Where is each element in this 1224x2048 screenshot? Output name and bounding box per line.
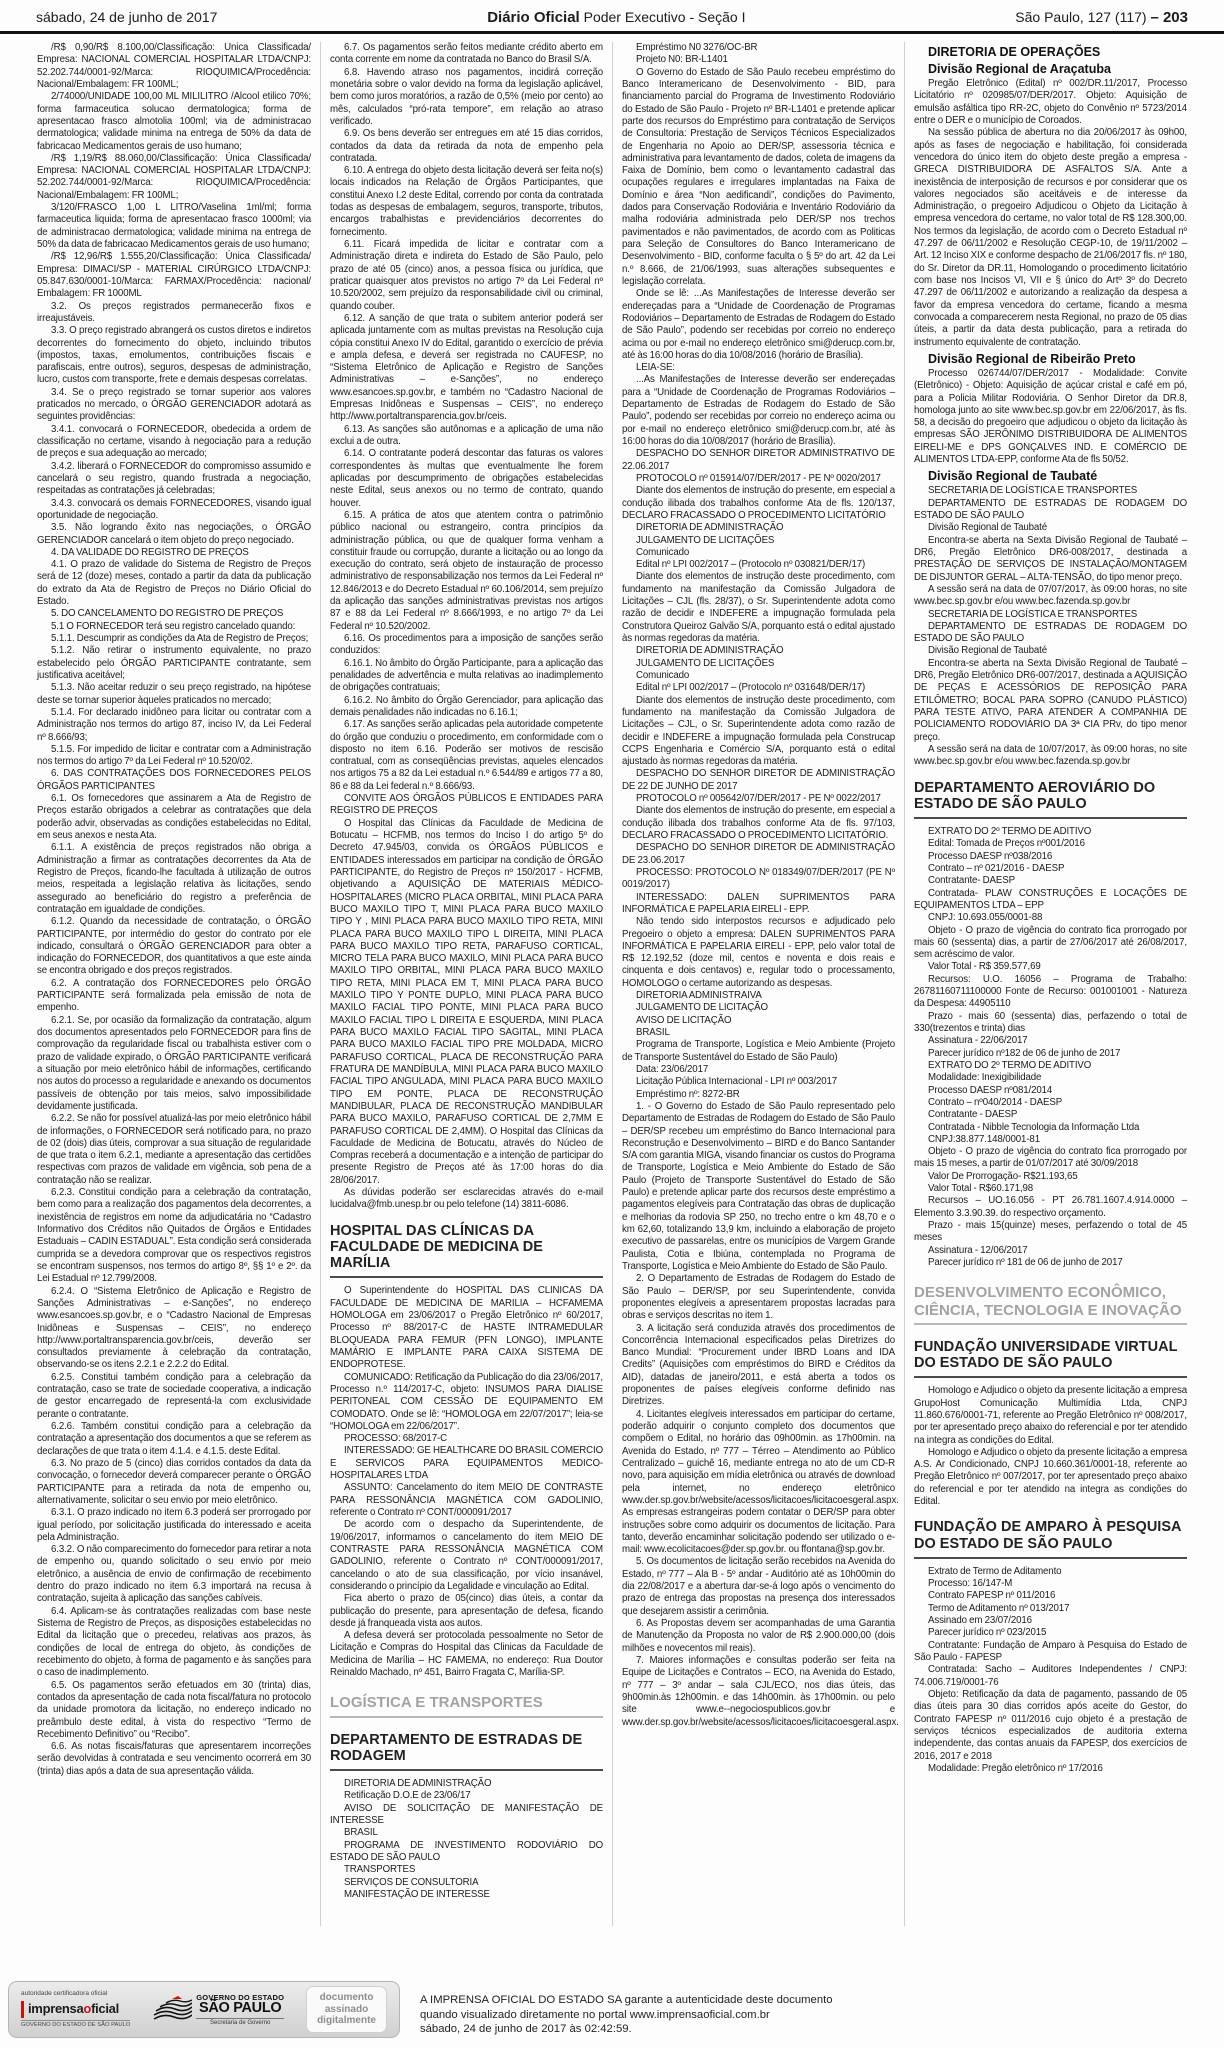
paragraph: Comunicado [622,670,895,682]
paragraph: Objeto - O prazo de vigência do contrato… [914,1146,1187,1171]
paragraph: 3. A licitação será conduzida através do… [622,1323,895,1409]
paragraph: 5. Os documentos de licitação serão rece… [622,1556,895,1618]
section-heading: DESENVOLVIMENTO ECONÔMICO, CIÊNCIA, TECN… [914,1275,1187,1325]
paragraph: MANIFESTAÇÃO DE INTERESSE [330,1889,603,1901]
paragraph: COMUNICADO: Retificação da Publicação do… [330,1372,603,1434]
paragraph: DESPACHO DO SENHOR DIRETOR ADMINISTRATIV… [622,448,895,473]
paragraph: JULGAMENTO DE LICITAÇÃO [622,1002,895,1014]
paragraph: Diante dos elementos de instrução deste … [622,571,895,645]
paragraph: CONVITE AOS ÓRGÃOS PÚBLICOS E ENTIDADES … [330,793,603,818]
paragraph: AVISO DE LICITAÇÃO [622,1015,895,1027]
paragraph: 6.14. O contratante poderá descontar das… [330,448,603,510]
imprensa-oficial-subtitle: GOVERNO DO ESTADO DE SÃO PAULO [21,2020,130,2029]
paragraph: 6.17. As sanções serão aplicadas pela au… [330,719,603,793]
agency-heading: FUNDAÇÃO DE AMPARO À PESQUISA DO ESTADO … [914,1512,1187,1558]
disclaimer-line: A IMPRENSA OFICIAL DO ESTADO SA garante … [420,1993,980,2008]
masthead-date: sábado, 24 de junho de 2017 [36,9,217,25]
paragraph: Processo DAESP nº081/2014 [914,1085,1187,1097]
paragraph: DEPARTAMENTO DE ESTRADAS DE RODAGEM DO E… [914,621,1187,646]
paragraph: EXTRATO DO 2º TERMO DE ADITIVO [914,1060,1187,1072]
paragraph: PROGRAMA DE INVESTIMENTO RODOVIÁRIO DO E… [330,1840,603,1865]
paragraph: 5.1.2. Não retirar o instrumento equival… [37,645,311,682]
paragraph: Valor Total - R$60.171,98 [914,1183,1187,1195]
paragraph: Empréstimo nº: 8272-BR [622,1089,895,1101]
paragraph: 3.4.2. liberará o FORNECEDOR do compromi… [37,461,311,498]
paragraph: 2/74000/UNIDADE 100,00 ML MILILITRO /Alc… [37,91,311,153]
paragraph: De acordo com o despacho da Superintende… [330,1519,603,1593]
paragraph: 5.1 O FORNECEDOR terá seu registro cance… [37,621,311,633]
authenticity-disclaimer: A IMPRENSA OFICIAL DO ESTADO SA garante … [420,1993,980,2037]
paragraph: 3.4.3. convocará os demais FORNECEDORES,… [37,498,311,523]
paragraph: 6. DAS CONTRATAÇÕES DOS FORNECEDORES PEL… [37,768,311,793]
paragraph: Processo 026744/07/DER/2017 - Modalidade… [914,368,1187,467]
paragraph: 6.7. Os pagamentos serão feitos mediante… [330,42,603,67]
subsection-heading: Divisão Regional de Ribeirão Preto [914,352,1187,366]
paragraph: Contratante: Fundação de Amparo à Pesqui… [914,1640,1187,1665]
paragraph: 6.1. Os fornecedores que assinarem a Ata… [37,793,311,842]
paragraph: DIRETORIA ADMINISTRAIVA [622,990,895,1002]
paragraph: SECRETARIA DE LOGÍSTICA E TRANSPORTES [914,485,1187,497]
paragraph: DEPARTAMENTO DE ESTRADAS DE RODAGEM DO E… [914,498,1187,523]
paragraph: 6.3. No prazo de 5 (cinco) dias corridos… [37,1458,311,1507]
subsection-heading: Divisão Regional de Araçatuba [914,62,1187,76]
paragraph: Diante dos elementos de instrução deste … [622,695,895,769]
paragraph: Fica aberto o prazo de 05(cinco) dias út… [330,1593,603,1630]
paragraph: 6.16.2. No âmbito do Órgão Gerenciador, … [330,695,603,720]
paragraph: CNPJ: 10.693.055/0001-88 [914,912,1187,924]
paragraph: Assinatura - 12/06/2017 [914,1245,1187,1257]
paragraph: 5.1.3. Não aceitar reduzir o seu preço r… [37,682,311,707]
paragraph: Parecer jurídico nº 181 de 06 de junho d… [914,1257,1187,1269]
column-1: /R$ 0,90/R$ 8.100,00/Classificação: Únic… [28,42,320,1926]
paragraph: Divisão Regional de Taubaté [914,645,1187,657]
paragraph: 5.1.5. For impedido de licitar e contrat… [37,744,311,769]
paragraph: Data: 23/06/2017 [622,1064,895,1076]
paragraph: O Governo do Estado de São Paulo recebeu… [622,67,895,289]
paragraph: 3.3. O preço registrado abrangerá os cus… [37,325,311,387]
paragraph: 6.1.2. Quando da necessidade de contrata… [37,916,311,978]
paragraph: LEIA-SE: [622,362,895,374]
masthead-title: Diário Oficial Poder Executivo - Seção I [487,9,745,26]
paragraph: 4.1. O prazo de validade do Sistema de R… [37,559,311,608]
paragraph: 6.8. Havendo atraso nos pagamentos, inci… [330,67,603,129]
paragraph: TRANSPORTES [330,1864,603,1876]
paragraph: Edital nº LPI 002/2017 – (Protocolo nº 0… [622,559,895,571]
paragraph: Valor De Prorrogação- R$21.193,65 [914,1171,1187,1183]
paragraph: Parecer jurídico nº182 de 06 de junho de… [914,1048,1187,1060]
paragraph: Encontra-se aberta na Sexta Divisão Regi… [914,658,1187,744]
paragraph: PROTOCOLO nº 015914/07/DER/2017 - PE Nº … [622,473,895,485]
paragraph: DIRETORIA DE ADMINISTRAÇÃO [622,522,895,534]
paragraph: Prazo - mais 15(quinze) meses, perfazend… [914,1220,1187,1245]
paragraph: 6.6. As notas fiscais/faturas que aprese… [37,1741,311,1778]
masthead: sábado, 24 de junho de 2017 Diário Ofici… [0,0,1224,34]
paragraph: A sessão será na data de 07/07/2017, às … [914,584,1187,609]
paragraph: /R$ 1,19/R$ 88.060,00/Classificação: Úni… [37,153,311,202]
digitally-signed-badge: documento assinado digitalmente [306,1986,387,2033]
paragraph: INTERESSADO: DALEN SUPRIMENTOS PARA INFO… [622,892,895,917]
paragraph: Recursos: U.O. 16056 – Programa de Traba… [914,974,1187,1011]
imprensa-oficial-wordmark: imprensaoficial [21,2001,130,2017]
paragraph: Assinado em 23/07/2016 [914,1615,1187,1627]
paragraph: Encontra-se aberta na Sexta Divisão Regi… [914,535,1187,584]
paragraph: 6.5. Os pagamentos serão efetuados em 30… [37,1680,311,1742]
paragraph: Não tendo sido interpostos recursos e ad… [622,916,895,990]
paragraph: Contratada- PLAW CONSTRUÇÕES E LOCAÇÕES … [914,888,1187,913]
paragraph: Contrato – nº040/2014 - DAESP [914,1097,1187,1109]
paragraph: 5.1.1. Descumprir as condições da Ata de… [37,633,311,645]
paragraph: 5.1.4. For declarado inidôneo para licit… [37,707,311,744]
paragraph: Edital nº LPI 002/2017 – (Protocolo nº 0… [622,682,895,694]
paragraph: Objeto - O prazo de vigência do contrato… [914,925,1187,962]
paragraph: 6.12. A sanção de que trata o subitem an… [330,313,603,424]
paragraph: DIRETORIA DE ADMINISTRAÇÃO [330,1778,603,1790]
paragraph: A sessão será na data de 10/07/2017, às … [914,744,1187,769]
column-2: 6.7. Os pagamentos serão feitos mediante… [320,42,612,1926]
paragraph: Retificação D.O.E de 23/06/17 [330,1790,603,1802]
paragraph: 6.3.2. O não comparecimento do fornecedo… [37,1544,311,1606]
paragraph: PROCESSO: 68/2017-C [330,1433,603,1445]
paragraph: Contrato FAPESP nº 011/2016 [914,1590,1187,1602]
imprensa-oficial-logo: autoridade certificadora oficial imprens… [21,1990,130,2029]
paragraph: Programa de Transporte, Logística e Meio… [622,1039,895,1064]
disclaimer-line: quando visualizado diretamente no portal… [420,2008,980,2023]
paragraph: Prazo - mais 60 (sessenta) dias, perfaze… [914,1011,1187,1036]
paragraph: PROTOCOLO nº 005642/07/DER/2017 - PE Nº … [622,793,895,805]
paragraph: 6.9. Os bens deverão ser entregues em at… [330,128,603,165]
paragraph: Assinatura - 22/06/2017 [914,1035,1187,1047]
paragraph: INTERESSADO: GE HEALTHCARE DO BRASIL COM… [330,1445,603,1482]
agency-heading: DEPARTAMENTO DE ESTRADAS DE RODAGEM [330,1725,603,1771]
agency-heading: HOSPITAL DAS CLÍNICAS DA FACULDADE DE ME… [330,1216,603,1279]
paragraph: 6.2.6. Também constitui condição para a … [37,1421,311,1458]
paragraph: As dúvidas poderão ser esclarecidas atra… [330,1187,603,1212]
paragraph: Modalidade: Inexigibilidade [914,1072,1187,1084]
article-body: /R$ 0,90/R$ 8.100,00/Classificação: Únic… [0,34,1224,1926]
paragraph: EXTRATO DO 2º TERMO DE ADITIVO [914,826,1187,838]
section-heading: LOGÍSTICA E TRANSPORTES [330,1685,603,1717]
column-3: Empréstimo N0 3276/OC-BRProjeto N0: BR-L… [612,42,904,1926]
paragraph: Contrato – nº 021/2016 - DAESP [914,863,1187,875]
paragraph: PROCESSO: PROTOCOLO Nº 018349/07/DER/201… [622,867,895,892]
paragraph: 1. - O Governo do Estado de São Paulo re… [622,1101,895,1273]
subsection-heading: DIRETORIA DE OPERAÇÕES [914,45,1187,59]
paragraph: 4. Licitantes elegíveis interessados em … [622,1409,895,1557]
paragraph: Termo de Aditamento nº 013/2017 [914,1603,1187,1615]
paragraph: 6.2. A contratação dos FORNECEDORES pelo… [37,978,311,1015]
paragraph: Homologo e Adjudico o objeto da presente… [914,1385,1187,1447]
paragraph: 3.4. Se o preço registrado se tornar sup… [37,387,311,424]
paragraph: 6.15. A prática de atos que atentem cont… [330,510,603,633]
gazette-page: { "header": { "date": "sábado, 24 de jun… [0,0,1224,2048]
sao-paulo-flag-icon [152,1995,192,2025]
paragraph: BRASIL [622,1027,895,1039]
paragraph: 6.11. Ficará impedida de licitar e contr… [330,239,603,313]
agency-heading: DEPARTAMENTO AEROVIÁRIO DO ESTADO DE SÃO… [914,773,1187,819]
paragraph: AVISO DE SOLICITAÇÃO DE MANIFESTAÇÃO DE … [330,1803,603,1828]
paragraph: 6.2.2. Se não for possível atualizá-las … [37,1113,311,1187]
certification-bar: autoridade certificadora oficial imprens… [8,1981,400,2038]
paragraph: Onde se lê: ...As Manifestações de Inter… [622,288,895,362]
paragraph: BRASIL [330,1827,603,1839]
paragraph: 3.2. Os preços registrados permanecerão … [37,301,311,326]
subsection-heading: Divisão Regional de Taubaté [914,469,1187,483]
paragraph: 6. As Propostas devem ser acompanhadas d… [622,1618,895,1655]
paragraph: 3.4.1. convocará o FORNECEDOR, obedecida… [37,424,311,461]
page-number: – 203 [1150,9,1188,26]
paragraph: O Superintendente do HOSPITAL DAS CLINIC… [330,1285,603,1371]
disclaimer-line: sábado, 24 de junho de 2017 às 02:42:59. [420,2022,980,2037]
paragraph: 6.4. Aplicam-se às contratações realizad… [37,1606,311,1680]
paragraph: 7. Maiores informações e consultas poder… [622,1655,895,1729]
paragraph: 5. DO CANCELAMENTO DO REGISTRO DE PREÇOS [37,608,311,620]
paragraph: 2. O Departamento de Estradas de Rodagem… [622,1273,895,1322]
paragraph: 6.16.1. No âmbito do Órgão Participante,… [330,658,603,695]
paragraph: Contratante- DAESP [914,875,1187,887]
paragraph: 3/120/FRASCO 1,00 L LITRO/Vaselina 1ml/m… [37,202,311,251]
gazette-brand: Diário Oficial [487,9,580,26]
paragraph: DESPACHO DO SENHOR DIRETOR DE ADMINISTRA… [622,842,895,867]
paragraph: Na sessão pública de abertura no dia 20/… [914,127,1187,349]
paragraph: 3.5. Não logrando êxito nas negociações,… [37,522,311,547]
paragraph: DIRETORIA DE ADMINISTRAÇÃO [622,645,895,657]
edition-info: São Paulo, 127 (117) [1015,9,1146,25]
paragraph: Diante dos elementos de instrução do pre… [622,805,895,842]
paragraph: 6.3.1. O prazo indicado no item 6.3 pode… [37,1507,311,1544]
paragraph: ...As Manifestações de Interesse deverão… [622,374,895,448]
paragraph: Processo DAESP nº038/2016 [914,851,1187,863]
masthead-edition: São Paulo, 127 (117) – 203 [1015,9,1188,26]
paragraph: 6.2.1. Se, por ocasião da formalização d… [37,1015,311,1114]
paragraph: Extrato de Termo de Aditamento [914,1566,1187,1578]
paragraph: 6.16. Os procedimentos para a imposição … [330,633,603,658]
paragraph: 4. DA VALIDADE DO REGISTRO DE PREÇOS [37,547,311,559]
paragraph: SERVIÇOS DE CONSULTORIA [330,1877,603,1889]
paragraph: JULGAMENTO DE LICITAÇÕES [622,658,895,670]
paragraph: /R$ 12,96/R$ 1.555,20/Classificação: Úni… [37,251,311,300]
paragraph: Parecer jurídico nº 023/2015 [914,1627,1187,1639]
paragraph: CNPJ:38.877.148/0001-81 [914,1134,1187,1146]
sao-paulo-government-wordmark: GOVERNO DO ESTADO SÃO PAULO Secretaria d… [196,1994,284,2026]
paragraph: JULGAMENTO DE LICITAÇÕES [622,535,895,547]
paragraph: Homologo e Adjudico o objeto da presente… [914,1447,1187,1509]
paragraph: Empréstimo N0 3276/OC-BR [622,42,895,54]
gazette-section: Poder Executivo - Seção I [584,9,746,25]
paragraph: ASSUNTO: Cancelamento do item MEIO DE CO… [330,1482,603,1519]
paragraph: 6.2.4. O “Sistema Eletrônico de Aplicaçã… [37,1286,311,1372]
paragraph: 6.13. As sanções são autônomas e a aplic… [330,424,603,449]
paragraph: 6.2.3. Constitui condição para a celebra… [37,1187,311,1286]
paragraph: DESPACHO DO SENHOR DIRETOR DE ADMINISTRA… [622,768,895,793]
paragraph: Recursos – UO.16.056 - PT 26.781.1607.4.… [914,1195,1187,1220]
paragraph: SECRETARIA DE LOGÍSTICA E TRANSPORTES [914,609,1187,621]
certifier-label: autoridade certificadora oficial [21,1990,130,1998]
paragraph: A defesa deverá ser protocolada pessoalm… [330,1630,603,1679]
paragraph: Contratante - DAESP [914,1109,1187,1121]
agency-heading: FUNDAÇÃO UNIVERSIDADE VIRTUAL DO ESTADO … [914,1332,1187,1378]
paragraph: Projeto N0: BR-L1401 [622,54,895,66]
paragraph: /R$ 0,90/R$ 8.100,00/Classificação: Únic… [37,42,311,91]
paragraph: Edital: Tomada de Preços nº001/2016 [914,838,1187,850]
paragraph: Diante dos elementos de instrução do pre… [622,485,895,522]
sao-paulo-government-logo: GOVERNO DO ESTADO SÃO PAULO Secretaria d… [152,1994,284,2026]
paragraph: 6.10. A entrega do objeto desta licitaçã… [330,165,603,239]
paragraph: 6.2.5. Constitui também condição para a … [37,1372,311,1421]
paragraph: Processo: 16/147-M [914,1578,1187,1590]
paragraph: Pregão Eletrônico (Edital) nº 002/DR.11/… [914,78,1187,127]
paragraph: Valor Total - R$ 359.577,69 [914,961,1187,973]
column-4: DIRETORIA DE OPERAÇÕESDivisão Regional d… [904,42,1196,1926]
paragraph: Contratada - Nibble Tecnologia da Inform… [914,1122,1187,1134]
paragraph: Comunicado [622,547,895,559]
paragraph: Objeto: Retificação da data de pagamento… [914,1689,1187,1763]
paragraph: 6.1.1. A existência de preços registrado… [37,842,311,916]
paragraph: Contratada: Sacho – Auditores Independen… [914,1664,1187,1689]
paragraph: Licitação Pública Internacional - LPI nº… [622,1076,895,1088]
paragraph: Divisão Regional de Taubaté [914,522,1187,534]
paragraph: O Hospital das Clínicas da Faculdade de … [330,818,603,1187]
paragraph: Modalidade: Pregão eletrônico nº 17/2016 [914,1763,1187,1775]
